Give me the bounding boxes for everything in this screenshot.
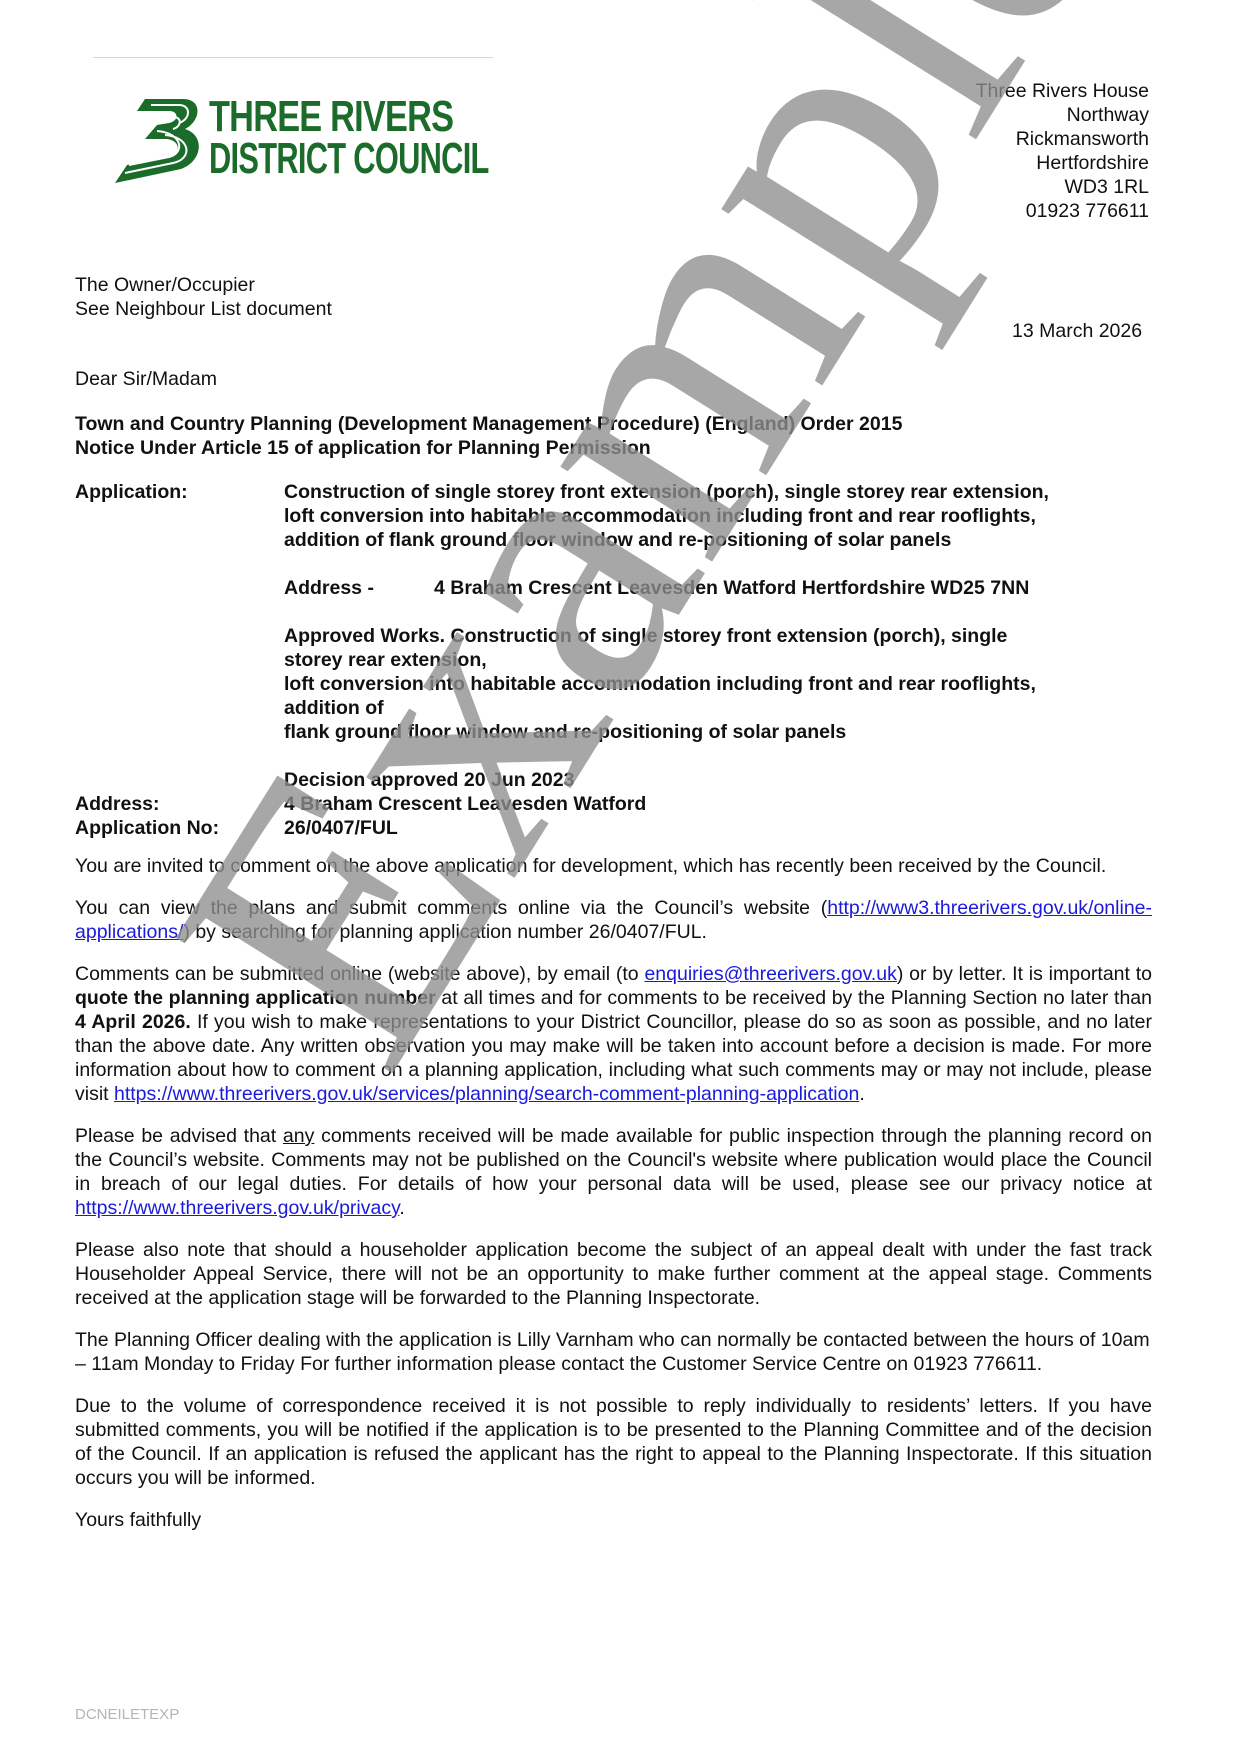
approved-works-line: Approved Works. Construction of single s… — [284, 624, 1165, 648]
approved-works-line: loft conversion into habitable accommoda… — [284, 672, 1165, 696]
footer-reference-code: DCNEILETEXP — [75, 1706, 179, 1723]
description-line: Construction of single storey front exte… — [284, 480, 1165, 504]
site-address: Address - 4 Braham Crescent Leavesden Wa… — [284, 576, 1165, 600]
sender-line: Northway — [976, 103, 1149, 127]
application-description: Construction of single storey front exte… — [284, 480, 1165, 792]
emphasis-quote-number: quote the planning application number — [75, 987, 436, 1009]
text: Comments can be submitted online (websit… — [75, 963, 644, 985]
heading-line-2: Notice Under Article 15 of application f… — [75, 436, 902, 460]
text: ) or by letter. It is important to — [897, 963, 1152, 985]
letter-body: You are invited to comment on the above … — [75, 854, 1152, 1550]
approved-works-line: storey rear extension, — [284, 648, 1165, 672]
application-no-value: 26/0407/FUL — [284, 816, 1165, 840]
text: You can view the plans and submit commen… — [75, 897, 827, 919]
notice-heading: Town and Country Planning (Development M… — [75, 412, 902, 460]
decision-line: Decision approved 20 Jun 2023 — [284, 768, 1165, 792]
logo-line-1: THREE RIVERS — [209, 96, 521, 138]
three-rivers-logo-icon — [105, 91, 205, 186]
paragraph-officer: The Planning Officer dealing with the ap… — [75, 1328, 1152, 1376]
logo-line-2: DISTRICT COUNCIL — [209, 138, 489, 180]
approved-works: Approved Works. Construction of single s… — [284, 624, 1165, 744]
approved-works-line: flank ground floor window and re-positio… — [284, 720, 1165, 744]
sender-address: Three Rivers House Northway Rickmanswort… — [976, 79, 1149, 223]
address-value: 4 Braham Crescent Leavesden Watford — [284, 792, 1165, 816]
text: . — [399, 1197, 404, 1219]
heading-line-1: Town and Country Planning (Development M… — [75, 412, 902, 436]
letter-date: 13 March 2026 — [1012, 320, 1146, 343]
recipient-block: The Owner/Occupier See Neighbour List do… — [75, 273, 332, 321]
sender-line: Three Rivers House — [976, 79, 1149, 103]
recipient-line-2: See Neighbour List document — [75, 297, 332, 321]
council-logo: THREE RIVERS DISTRICT COUNCIL — [105, 88, 475, 188]
application-label: Application: — [75, 480, 284, 792]
application-details: Application: Construction of single stor… — [75, 480, 1165, 840]
text: at all times and for comments to be rece… — [436, 987, 1152, 1009]
logo-wordmark: THREE RIVERS DISTRICT COUNCIL — [209, 96, 609, 180]
sender-phone: 01923 776611 — [976, 199, 1149, 223]
paragraph-public-inspection: Please be advised that any comments rece… — [75, 1124, 1152, 1220]
application-no-label: Application No: — [75, 816, 284, 840]
text: . — [859, 1083, 864, 1105]
recipient-line-1: The Owner/Occupier — [75, 273, 332, 297]
deadline-date: 4 April 2026. — [75, 1011, 191, 1033]
underlined-any: any — [283, 1125, 314, 1147]
sender-line: WD3 1RL — [976, 175, 1149, 199]
closing: Yours faithfully — [75, 1508, 1152, 1532]
privacy-link[interactable]: https://www.threerivers.gov.uk/privacy — [75, 1197, 399, 1219]
approved-works-line: addition of — [284, 696, 1165, 720]
paragraph-invite: You are invited to comment on the above … — [75, 854, 1152, 878]
site-address-label: Address - — [284, 576, 434, 600]
email-link[interactable]: enquiries@threerivers.gov.uk — [644, 963, 896, 985]
paragraph-view-plans: You can view the plans and submit commen… — [75, 896, 1152, 944]
sender-line: Rickmansworth — [976, 127, 1149, 151]
logo-divider — [93, 57, 493, 58]
letter-page: THREE RIVERS DISTRICT COUNCIL Three Rive… — [0, 0, 1241, 1754]
paragraph-appeal: Please also note that should a household… — [75, 1238, 1152, 1310]
salutation: Dear Sir/Madam — [75, 368, 217, 391]
paragraph-comments: Comments can be submitted online (websit… — [75, 962, 1152, 1106]
address-label: Address: — [75, 792, 284, 816]
paragraph-correspondence: Due to the volume of correspondence rece… — [75, 1394, 1152, 1490]
text: Please be advised that — [75, 1125, 283, 1147]
comment-guidance-link[interactable]: https://www.threerivers.gov.uk/services/… — [114, 1083, 859, 1105]
site-address-value: 4 Braham Crescent Leavesden Watford Hert… — [434, 576, 1029, 600]
description-line: addition of flank ground floor window an… — [284, 528, 1165, 552]
text: ) by searching for planning application … — [183, 921, 707, 943]
description-line: loft conversion into habitable accommoda… — [284, 504, 1165, 528]
sender-line: Hertfordshire — [976, 151, 1149, 175]
